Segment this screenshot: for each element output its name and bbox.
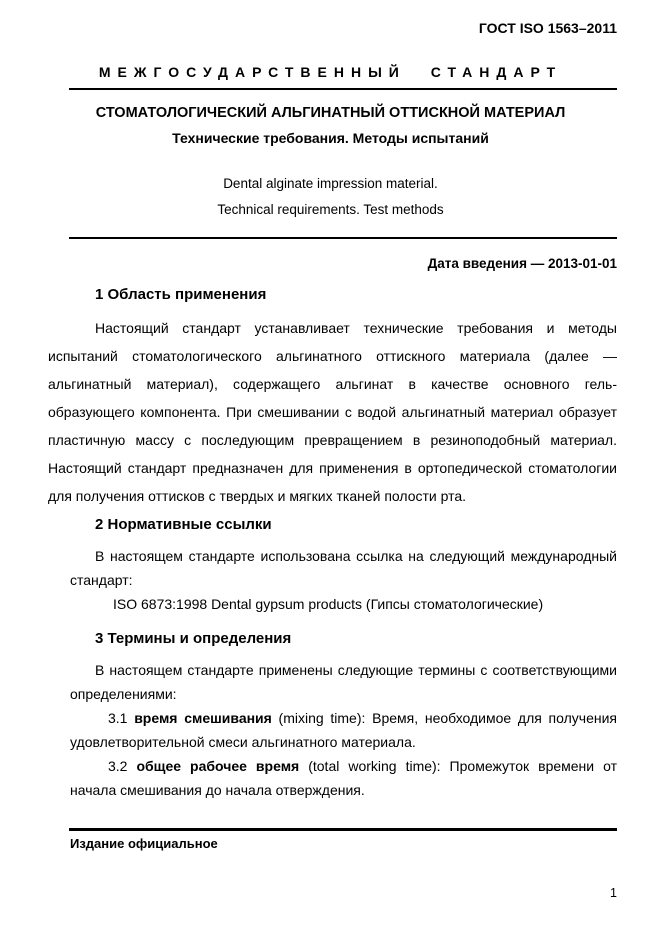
section-2-heading: 2 Нормативные ссылки (95, 516, 617, 534)
term-3-2-name: общее рабочее время (136, 758, 299, 774)
title-rule (69, 237, 617, 239)
subtitle-english: Technical requirements. Test methods (0, 201, 661, 218)
term-3-1: 3.1 время смешивания (mixing time): Врем… (70, 706, 617, 754)
term-3-1-number: 3.1 (108, 710, 134, 726)
section-1-heading: 1 Область применения (95, 286, 617, 304)
section-2-intro: В настоящем стандарте использована ссылк… (70, 544, 617, 592)
standard-type-label: МЕЖГОСУДАРСТВЕННЫЙ СТАНДАРТ (0, 64, 661, 80)
normative-reference: ISO 6873:1998 Dental gypsum products (Ги… (113, 592, 617, 616)
document-code: ГОСТ ISO 1563–2011 (0, 20, 617, 36)
header-rule (69, 88, 617, 90)
official-edition-label: Издание официальное (70, 835, 218, 852)
term-3-2-number: 3.2 (108, 758, 136, 774)
document-page: ГОСТ ISO 1563–2011 МЕЖГОСУДАРСТВЕННЫЙ СТ… (0, 0, 661, 936)
term-3-2: 3.2 общее рабочее время (total working t… (70, 754, 617, 802)
section-3-heading: 3 Термины и определения (95, 630, 617, 648)
footer-rule (69, 828, 617, 831)
section-3-intro: В настоящем стандарте применены следующи… (70, 658, 617, 706)
effective-date: Дата введения — 2013-01-01 (0, 255, 617, 272)
title-english: Dental alginate impression material. (0, 175, 661, 192)
title-russian: СТОМАТОЛОГИЧЕСКИЙ АЛЬГИНАТНЫЙ ОТТИСКНОЙ … (0, 105, 661, 122)
section-1-paragraph: Настоящий стандарт устанавливает техниче… (48, 314, 617, 510)
term-3-1-name: время смешивания (134, 710, 272, 726)
subtitle-russian: Технические требования. Методы испытаний (0, 130, 661, 147)
page-number: 1 (610, 886, 617, 901)
